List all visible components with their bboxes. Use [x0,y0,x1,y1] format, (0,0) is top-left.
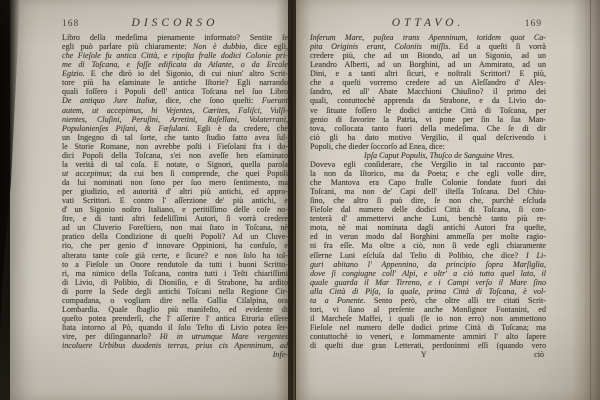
text-line: tenterà d' ammettervi anche Luni, benchè… [310,214,546,223]
text-segment: credere più, che ad un Biondo, ad un Sig… [310,51,546,60]
text-line: eſſerne Luni eſcluſa dal Teſto di Polibi… [310,251,546,260]
text-line: Populonienſes Piſani, & Fæſulani. Egli è… [62,124,288,133]
text-line: ut accepimus; da cui ben ſi comprende, c… [62,169,288,178]
text-line: tori, vi ſiano al preſente anche Monſign… [310,305,546,314]
left-text-column: Libro della medeſima pienamente informat… [62,33,288,359]
text-segment: Leandro Alberti, ad un Borghini, ad un A… [310,60,546,69]
text-segment: ad un Cluverio Foreſtiero, non mai ſtato… [62,223,288,232]
italic-text-segment: autem, ut accepimus, hi Vejentes, Cærite… [62,106,288,115]
text-line: un Ingegno di tal ſorte, che tanto ſtudi… [62,133,288,142]
italic-text-segment: ta a Ponente. [310,296,366,305]
text-segment: quali, contuttochè apprenda da Strabone,… [310,96,546,105]
right-page-header: OTTAVO. 169 [310,16,546,30]
text-segment: , dice, che ſono queſti: [155,96,262,105]
text-segment: rio, che per genio d' innovare Oppinioni… [62,241,288,250]
text-line: Egizio. E che dirò io del Sigonio, di cu… [62,69,288,78]
text-segment: che Mantova era Capo fralle Colonie fond… [310,178,546,187]
text-segment: ri, ma nimico della Toſcana, contra tutt… [62,269,288,278]
italic-text-segment: alla Città di Piſa, la quale, prima Citt… [310,287,546,296]
text-segment: la non da Iſtorico, ma da Poeta; e che e… [310,169,546,178]
text-line: tova, collocata tanto fuori della medeſi… [310,124,546,133]
text-line: per giudizio, ed autorità d' altri più a… [62,187,288,196]
gutter-fold-line [293,0,295,400]
italic-text-segment: pita Originis erant, Coloniis miſſis. [310,42,450,51]
text-line: Fieſole dal numero delle dodici Città di… [310,205,546,214]
text-line: ſino, che altro ſi può dire, ſe non che,… [310,196,546,205]
text-line: che a queſti vorremo credere ad un Aleſſ… [310,78,546,87]
text-segment: la verità di tal coſa. E notate, o Signo… [62,160,288,169]
text-segment: E che dirò io del Sigonio, di cui niun' … [85,69,288,78]
text-line: ta a Ponente. Sento però, che oltre alli… [310,296,546,305]
text-line: queſto potea prenderſi, che l' aſſerire … [62,314,288,323]
text-segment: per giudizio, ed autorità d' altri più a… [62,187,288,196]
text-segment: Doveva egli conſiderare, che Vergilio in… [310,160,546,169]
text-segment: vire, per diſingannarlo? [62,332,160,341]
text-line: quale guarda il Mar Tirreno, e i Campi v… [310,278,546,287]
text-line: credere più, che ad un Biondo, ad un Sig… [310,51,546,60]
text-segment: tore più ha eſaminate le antiche Iſtorie… [62,78,288,87]
text-line: di queſti due gran Letterati, perdoninmi… [310,341,546,350]
text-line: ciò gli ha dato motivo Vergilio, il qual… [310,133,546,142]
text-line: me di Toſcana, e foſſe edificata da Atla… [62,60,288,69]
italic-text-segment: Populonienſes Piſani, & Fæſulani. [62,124,190,133]
italic-text-segment: Inferum Mare, poſtea trans Apenninum, to… [310,33,546,42]
left-catchword: Infe- [62,350,288,359]
text-line: ad un Cluverio Foreſtiero, non mai ſtato… [62,223,288,232]
text-line: incoluere Urbibus duodenis terras, prius… [62,341,288,350]
text-segment: il Marcheſe Maffei, i quali (ſe io non e… [310,314,546,323]
text-segment: Toſcani, ma non de' Capi dell' iſteſſa T… [310,187,546,196]
text-line: Libro della medeſima pienamente informat… [62,33,288,42]
text-line: dici Popoli della Toſcana, s'ei non aveſ… [62,151,288,160]
italic-text-segment: incoluere Urbibus duodenis terras, prius… [62,341,288,350]
text-segment: Fieſole dal numero delle dodici Città di… [310,205,546,214]
italic-text-segment: Non è dubbio [193,42,245,51]
text-line: Popoli, che dieder ſoccorſo ad Enea, dic… [310,142,546,151]
text-line: to a Fieſole un Onore rendutole da tutti… [62,260,288,269]
italic-text-segment: me di Toſcana, e foſſe edificata da Atla… [62,60,288,69]
text-segment: dici Popoli della Toſcana, s'ei non aveſ… [62,151,288,160]
right-page-number: 169 [525,19,542,29]
text-line: ed in verun modo dal Borghini ammeſſa pe… [310,232,546,241]
text-line: Leandro Alberti, ad un Borghini, ad un A… [310,60,546,69]
text-segment: Ed a queſti ſi vorrà [450,42,546,51]
text-segment: Fieſole nel numero delle dodici prime Ci… [310,323,546,332]
text-segment: mota, nè mai nominata dagli antichi Auto… [310,223,546,232]
text-line: quali, contuttochè apprenda da Strabone,… [310,96,546,105]
text-line: da lui nominati non ſono per ſuo mero ſe… [62,178,288,187]
text-line: pita Originis erant, Coloniis miſſis. Ed… [310,42,546,51]
text-line: alla Città di Piſa, la quale, prima Citt… [310,287,546,296]
text-line: quali foſſero i Popoli dell' antica Toſc… [62,87,288,96]
text-segment: ve ſituate foſſero le dodici antiche Cit… [310,106,546,115]
text-segment: di queſti due gran Letterati, perdoninmi… [310,341,546,350]
text-line: nientes, Cluſini, Peruſini, Arretini, Ru… [62,115,288,124]
text-segment: tori, vi ſiano al preſente anche Monſign… [310,305,546,314]
page-fore-edge [572,0,600,400]
page-fore-edge-line [590,0,591,400]
text-line: pratico della Condizione di queſti Popol… [62,232,288,241]
text-line: vire, per diſingannarlo? Hi in utrumque … [62,332,288,341]
text-segment: Egli è da credere, che [190,124,288,133]
text-line: di Livio, di Polibio, di Dioniſio, e di … [62,278,288,287]
text-line: alterato tante coſe già certe, e ſicure?… [62,251,288,260]
text-segment: queſto potea prenderſi, che l' aſſerire … [62,314,288,323]
text-line: ſtata intorno al Pò, quando il ſolo Teſt… [62,323,288,332]
italic-text-segment: De antiquo Jure Italiæ [62,96,155,105]
text-line: d' un Sigonio noſtro Italiano, e peritiſ… [62,205,288,214]
text-segment: ciò gli ha dato motivo Vergilio, il qual… [310,133,546,142]
text-line: che Fieſole fu antica Città, e ripoſta f… [62,51,288,60]
text-segment: un Ingegno di tal ſorte, che tanto ſtudi… [62,133,288,142]
text-line: genio di favorire la Patria, vi pone per… [310,115,546,124]
text-segment: che a queſti vorremo credere ad un Aleſſ… [310,78,546,87]
text-segment: egli può parlare più chiaramente: [62,42,193,51]
text-line: Fieſole nel numero delle dodici prime Ci… [310,323,546,332]
text-segment: eſſerne Luni eſcluſa dal Teſto di Polibi… [310,251,526,260]
text-segment: di porre la Sede degli antichi Toſcani n… [62,287,288,296]
left-running-title: DISCORSO [62,16,288,30]
left-page-number: 168 [62,19,79,29]
right-running-title: OTTAVO. [310,16,546,30]
text-line: dove ſi congiugne coll' Alpi, e oltr' a … [310,269,546,278]
text-line: Inferum Mare, poſtea trans Apenninum, to… [310,33,546,42]
italic-text-segment: Ipſa Caput Populis, Thuſco de Sanguine V… [364,151,514,160]
text-line: ſandro, ed all' Abate Macchioni Chiuſino… [310,87,546,96]
text-segment: contuttochè io veneri, e ſommamente ammi… [310,332,546,341]
italic-text-segment: che Fieſole fu antica Città, e ripoſta f… [62,51,288,60]
text-line: compadana, o vogliam dire nella Gallia C… [62,296,288,305]
text-line: Ipſa Caput Populis, Thuſco de Sanguine V… [310,151,546,160]
text-segment: Libro della medeſima pienamente informat… [62,33,288,42]
text-segment: da lui nominati non ſono per ſuo mero ſe… [62,178,288,187]
text-line: Dini, e a tanti altri ſicuri, e noſtrali… [310,69,546,78]
text-line: ri, ma nimico della Toſcana, contra tutt… [62,269,288,278]
text-segment: ed in verun modo dal Borghini ammeſſa pe… [310,232,546,241]
italic-text-segment: dove ſi congiugne coll' Alpi, e oltr' a … [310,269,546,278]
italic-text-segment: Egizio. [62,69,85,78]
signature-catchword-row: Yciò [310,350,546,359]
text-line: guri abitano l' Appennino, da principio … [310,260,546,269]
text-segment: di Livio, di Polibio, di Dioniſio, e di … [62,278,288,287]
text-line: la non da Iſtorico, ma da Poeta; e che e… [310,169,546,178]
text-line: le Storie Romane, non avrebbe poſti i Fi… [62,142,288,151]
text-line: Doveva egli conſiderare, che Vergilio in… [310,160,546,169]
text-segment: alterato tante coſe già certe, e ſicure?… [62,251,288,260]
italic-text-segment: nientes, Cluſini, Peruſini, Arretini, Ru… [62,115,288,124]
text-line: De antiquo Jure Italiæ, dice, che ſono q… [62,96,288,105]
text-segment: Dini, e a tanti altri ſicuri, e noſtrali… [310,69,546,78]
italic-text-segment: quale guarda il Mar Tirreno, e i Campi v… [310,278,546,287]
left-page-header: 168 DISCORSO [62,16,288,30]
text-line: ve ſituate foſſero le dodici antiche Cit… [310,106,546,115]
text-line: Toſcani, ma non de' Capi dell' iſteſſa T… [310,187,546,196]
text-line: ſtre, e di tanti altri fedeliſſimi Autor… [62,214,288,223]
text-line: la verità di tal coſa. E notate, o Signo… [62,160,288,169]
text-line: rio, che per genio d' innovare Oppinioni… [62,241,288,250]
italic-text-segment: ut accepimus [62,169,110,178]
book-spread-photo: 168 DISCORSO OTTAVO. 169 Libro della med… [0,0,600,400]
text-line: egli può parlare più chiaramente: Non è … [62,42,288,51]
text-segment: pratico della Condizione di queſti Popol… [62,232,288,241]
text-segment: tova, collocata tanto fuori della medeſi… [310,124,546,133]
signature-mark: Y [421,350,427,359]
text-segment: quali foſſero i Popoli dell' antica Toſc… [62,87,288,96]
text-segment: ni fra eſſe. Ma oltre a ciò, non ſi vede… [310,241,546,250]
text-line: che Mantova era Capo fralle Colonie fond… [310,178,546,187]
text-line: tore più ha eſaminate le antiche Iſtorie… [62,78,288,87]
text-segment: vati Scrittori. E contro l' aſſerzione d… [62,196,288,205]
right-text-column: Inferum Mare, poſtea trans Apenninum, to… [310,33,546,359]
text-segment: ; da cui ben ſi comprende, che quei Popo… [110,169,288,178]
text-segment: le Storie Romane, non avrebbe poſti i Fi… [62,142,288,151]
text-line: autem, ut accepimus, hi Vejentes, Cærite… [62,106,288,115]
italic-text-segment: guri abitano l' Appennino, da principio … [310,260,546,269]
text-line: vati Scrittori. E contro l' aſſerzione d… [62,196,288,205]
text-segment: genio di favorire la Patria, vi pone per… [310,115,546,124]
text-segment: ſandro, ed all' Abate Macchioni Chiuſino… [310,87,546,96]
italic-text-segment: Hi in utrumque Mare vergentes [160,332,288,341]
text-segment: ſtata intorno al Pò, quando il ſolo Teſt… [62,323,288,332]
text-segment: Popoli, che dieder ſoccorſo ad Enea, dic… [310,142,445,151]
text-line: ni fra eſſe. Ma oltre a ciò, non ſi vede… [310,241,546,250]
text-line: di porre la Sede degli antichi Toſcani n… [62,287,288,296]
text-line: il Marcheſe Maffei, i quali (ſe io non e… [310,314,546,323]
text-segment: tenterà d' ammettervi anche Luni, benchè… [310,214,546,223]
text-segment: Lombardia. Quale ſbaglio più manifeſto, … [62,305,288,314]
text-segment: compadana, o vogliam dire nella Gallia C… [62,296,288,305]
text-segment: ſtre, e di tanti altri fedeliſſimi Autor… [62,214,288,223]
text-line: contuttochè io veneri, e ſommamente ammi… [310,332,546,341]
text-segment: Sento però, che oltre alli tre citati Sc… [366,296,546,305]
text-line: mota, nè mai nominata dagli antichi Auto… [310,223,546,232]
text-line: Lombardia. Quale ſbaglio più manifeſto, … [62,305,288,314]
right-catchword: ciò [534,350,544,359]
italic-text-segment: I Li- [526,251,546,260]
text-segment: ſino, che altro ſi può dire, ſe non che,… [310,196,546,205]
text-segment: d' un Sigonio noſtro Italiano, e peritiſ… [62,205,288,214]
text-segment: to a Fieſole un Onore rendutole da tutti… [62,260,288,269]
